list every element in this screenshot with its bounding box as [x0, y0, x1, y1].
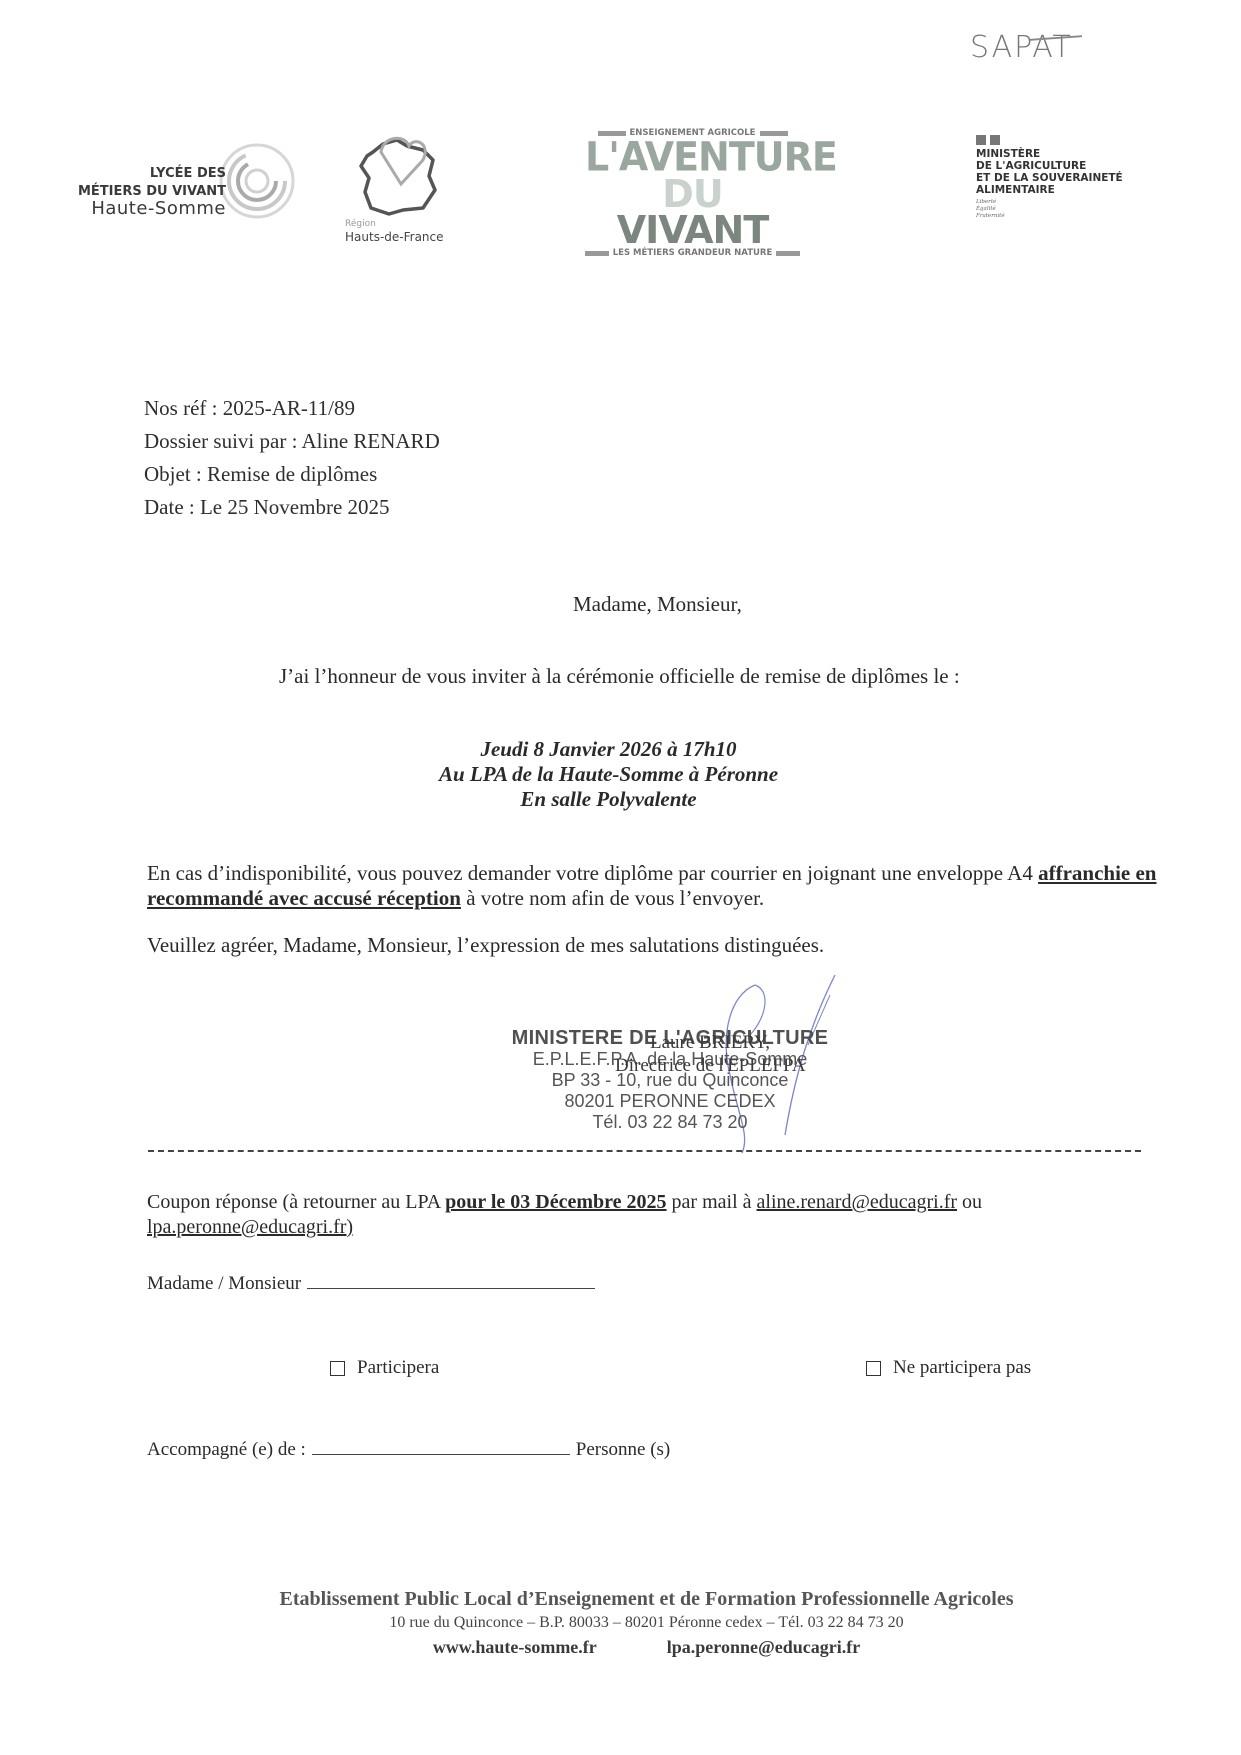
- event-room: En salle Polyvalente: [0, 787, 1229, 812]
- salutation: Madame, Monsieur,: [573, 592, 742, 617]
- region-logo: Région Hauts-de-France: [345, 130, 455, 250]
- reference-block: Nos réf : 2025-AR-11/89 Dossier suivi pa…: [144, 392, 440, 524]
- name-blank-field[interactable]: [307, 1270, 595, 1289]
- event-details: Jeudi 8 Janvier 2026 à 17h10 Au LPA de l…: [0, 737, 1241, 812]
- motto-egalite: Égalité: [976, 206, 1156, 213]
- event-datetime: Jeudi 8 Janvier 2026 à 17h10: [0, 737, 1229, 762]
- option-participera[interactable]: Participera: [330, 1357, 439, 1379]
- lycee-logo: LYCÉE DES MÉTIERS DU VIVANT Haute-Somme: [60, 140, 300, 240]
- unavailability-paragraph: En cas d’indisponibilité, vous pouvez de…: [147, 861, 1177, 911]
- motto-fraternite: Fraternité: [976, 213, 1156, 220]
- persons-label: Personne (s): [576, 1439, 670, 1460]
- closing-formula: Veuillez agréer, Madame, Monsieur, l’exp…: [147, 933, 824, 958]
- motto-liberte: Liberté: [976, 199, 1156, 206]
- letter-date: Date : Le 25 Novembre 2025: [144, 491, 440, 524]
- ne-participera-pas-checkbox[interactable]: [866, 1361, 881, 1376]
- aventure-logo-bottom: LES MÉTIERS GRANDEUR NATURE: [613, 248, 773, 258]
- cut-line-divider: [148, 1150, 1141, 1152]
- aventure-logo-vivant: VIVANT: [617, 208, 769, 252]
- email-link-aline[interactable]: aline.renard@educagri.fr: [757, 1191, 958, 1213]
- aventure-du-vivant-logo: ENSEIGNEMENT AGRICOLE L'AVENTURE DU VIVA…: [585, 128, 800, 233]
- accompanied-blank-field[interactable]: [312, 1436, 570, 1455]
- email-link-lpa[interactable]: lpa.peronne@educagri.fr): [147, 1216, 353, 1238]
- ministere-line3: ET DE LA SOUVERAINETÉ: [976, 172, 1156, 184]
- signatory-title: Directrice de l'EPLEFPA: [615, 1055, 806, 1077]
- lycee-logo-line3: Haute-Somme: [91, 198, 226, 219]
- accompanied-label: Accompagné (e) de :: [147, 1439, 306, 1460]
- france-map-icon: [353, 130, 443, 218]
- option-ne-participera-pas[interactable]: Ne participera pas: [866, 1357, 1031, 1379]
- ministere-line2: DE L'AGRICULTURE: [976, 160, 1156, 172]
- region-logo-label: Région: [345, 219, 376, 229]
- name-label: Madame / Monsieur: [147, 1273, 301, 1294]
- signatory-name: Laure BRIERY,: [650, 1032, 770, 1054]
- lycee-logo-line2: MÉTIERS DU VIVANT: [78, 184, 226, 199]
- lycee-logo-line1: LYCÉE DES: [150, 166, 226, 181]
- subject: Objet : Remise de diplômes: [144, 458, 440, 491]
- name-field-row: Madame / Monsieur: [147, 1270, 595, 1295]
- dossier-owner: Dossier suivi par : Aline RENARD: [144, 425, 440, 458]
- handwritten-annotation: SAPAT: [970, 30, 1073, 65]
- reply-coupon-intro: Coupon réponse (à retourner au LPA pour …: [147, 1190, 1177, 1240]
- footer-address: 10 rue du Quinconce – B.P. 80033 – 80201…: [26, 1612, 1241, 1634]
- participera-label: Participera: [357, 1357, 439, 1379]
- footer: Etablissement Public Local d’Enseignemen…: [0, 1586, 1241, 1660]
- invitation-intro: J’ai l’honneur de vous inviter à la céré…: [279, 664, 960, 689]
- rings-icon: [218, 142, 296, 220]
- stamp-line5: Tél. 03 22 84 73 20: [470, 1112, 870, 1133]
- event-location: Au LPA de la Haute-Somme à Péronne: [0, 762, 1229, 787]
- reference-number: Nos réf : 2025-AR-11/89: [144, 392, 440, 425]
- ne-participera-pas-label: Ne participera pas: [893, 1357, 1031, 1379]
- reply-deadline: pour le 03 Décembre 2025: [445, 1191, 666, 1213]
- marianne-flag-icon: [976, 135, 1156, 145]
- participera-checkbox[interactable]: [330, 1361, 345, 1376]
- footer-website[interactable]: www.haute-somme.fr: [433, 1634, 597, 1660]
- region-logo-name: Hauts-de-France: [345, 230, 444, 244]
- aventure-logo-title: L'AVENTURE: [585, 137, 800, 177]
- ministere-line4: ALIMENTAIRE: [976, 184, 1156, 196]
- stamp-line4: 80201 PERONNE CEDEX: [470, 1091, 870, 1112]
- ministere-logo: MINISTÈRE DE L'AGRICULTURE ET DE LA SOUV…: [976, 135, 1156, 230]
- ministere-line1: MINISTÈRE: [976, 148, 1156, 160]
- footer-institution: Etablissement Public Local d’Enseignemen…: [26, 1586, 1241, 1612]
- accompanied-field-row: Accompagné (e) de :Personne (s): [147, 1436, 670, 1461]
- footer-email[interactable]: lpa.peronne@educagri.fr: [667, 1634, 860, 1660]
